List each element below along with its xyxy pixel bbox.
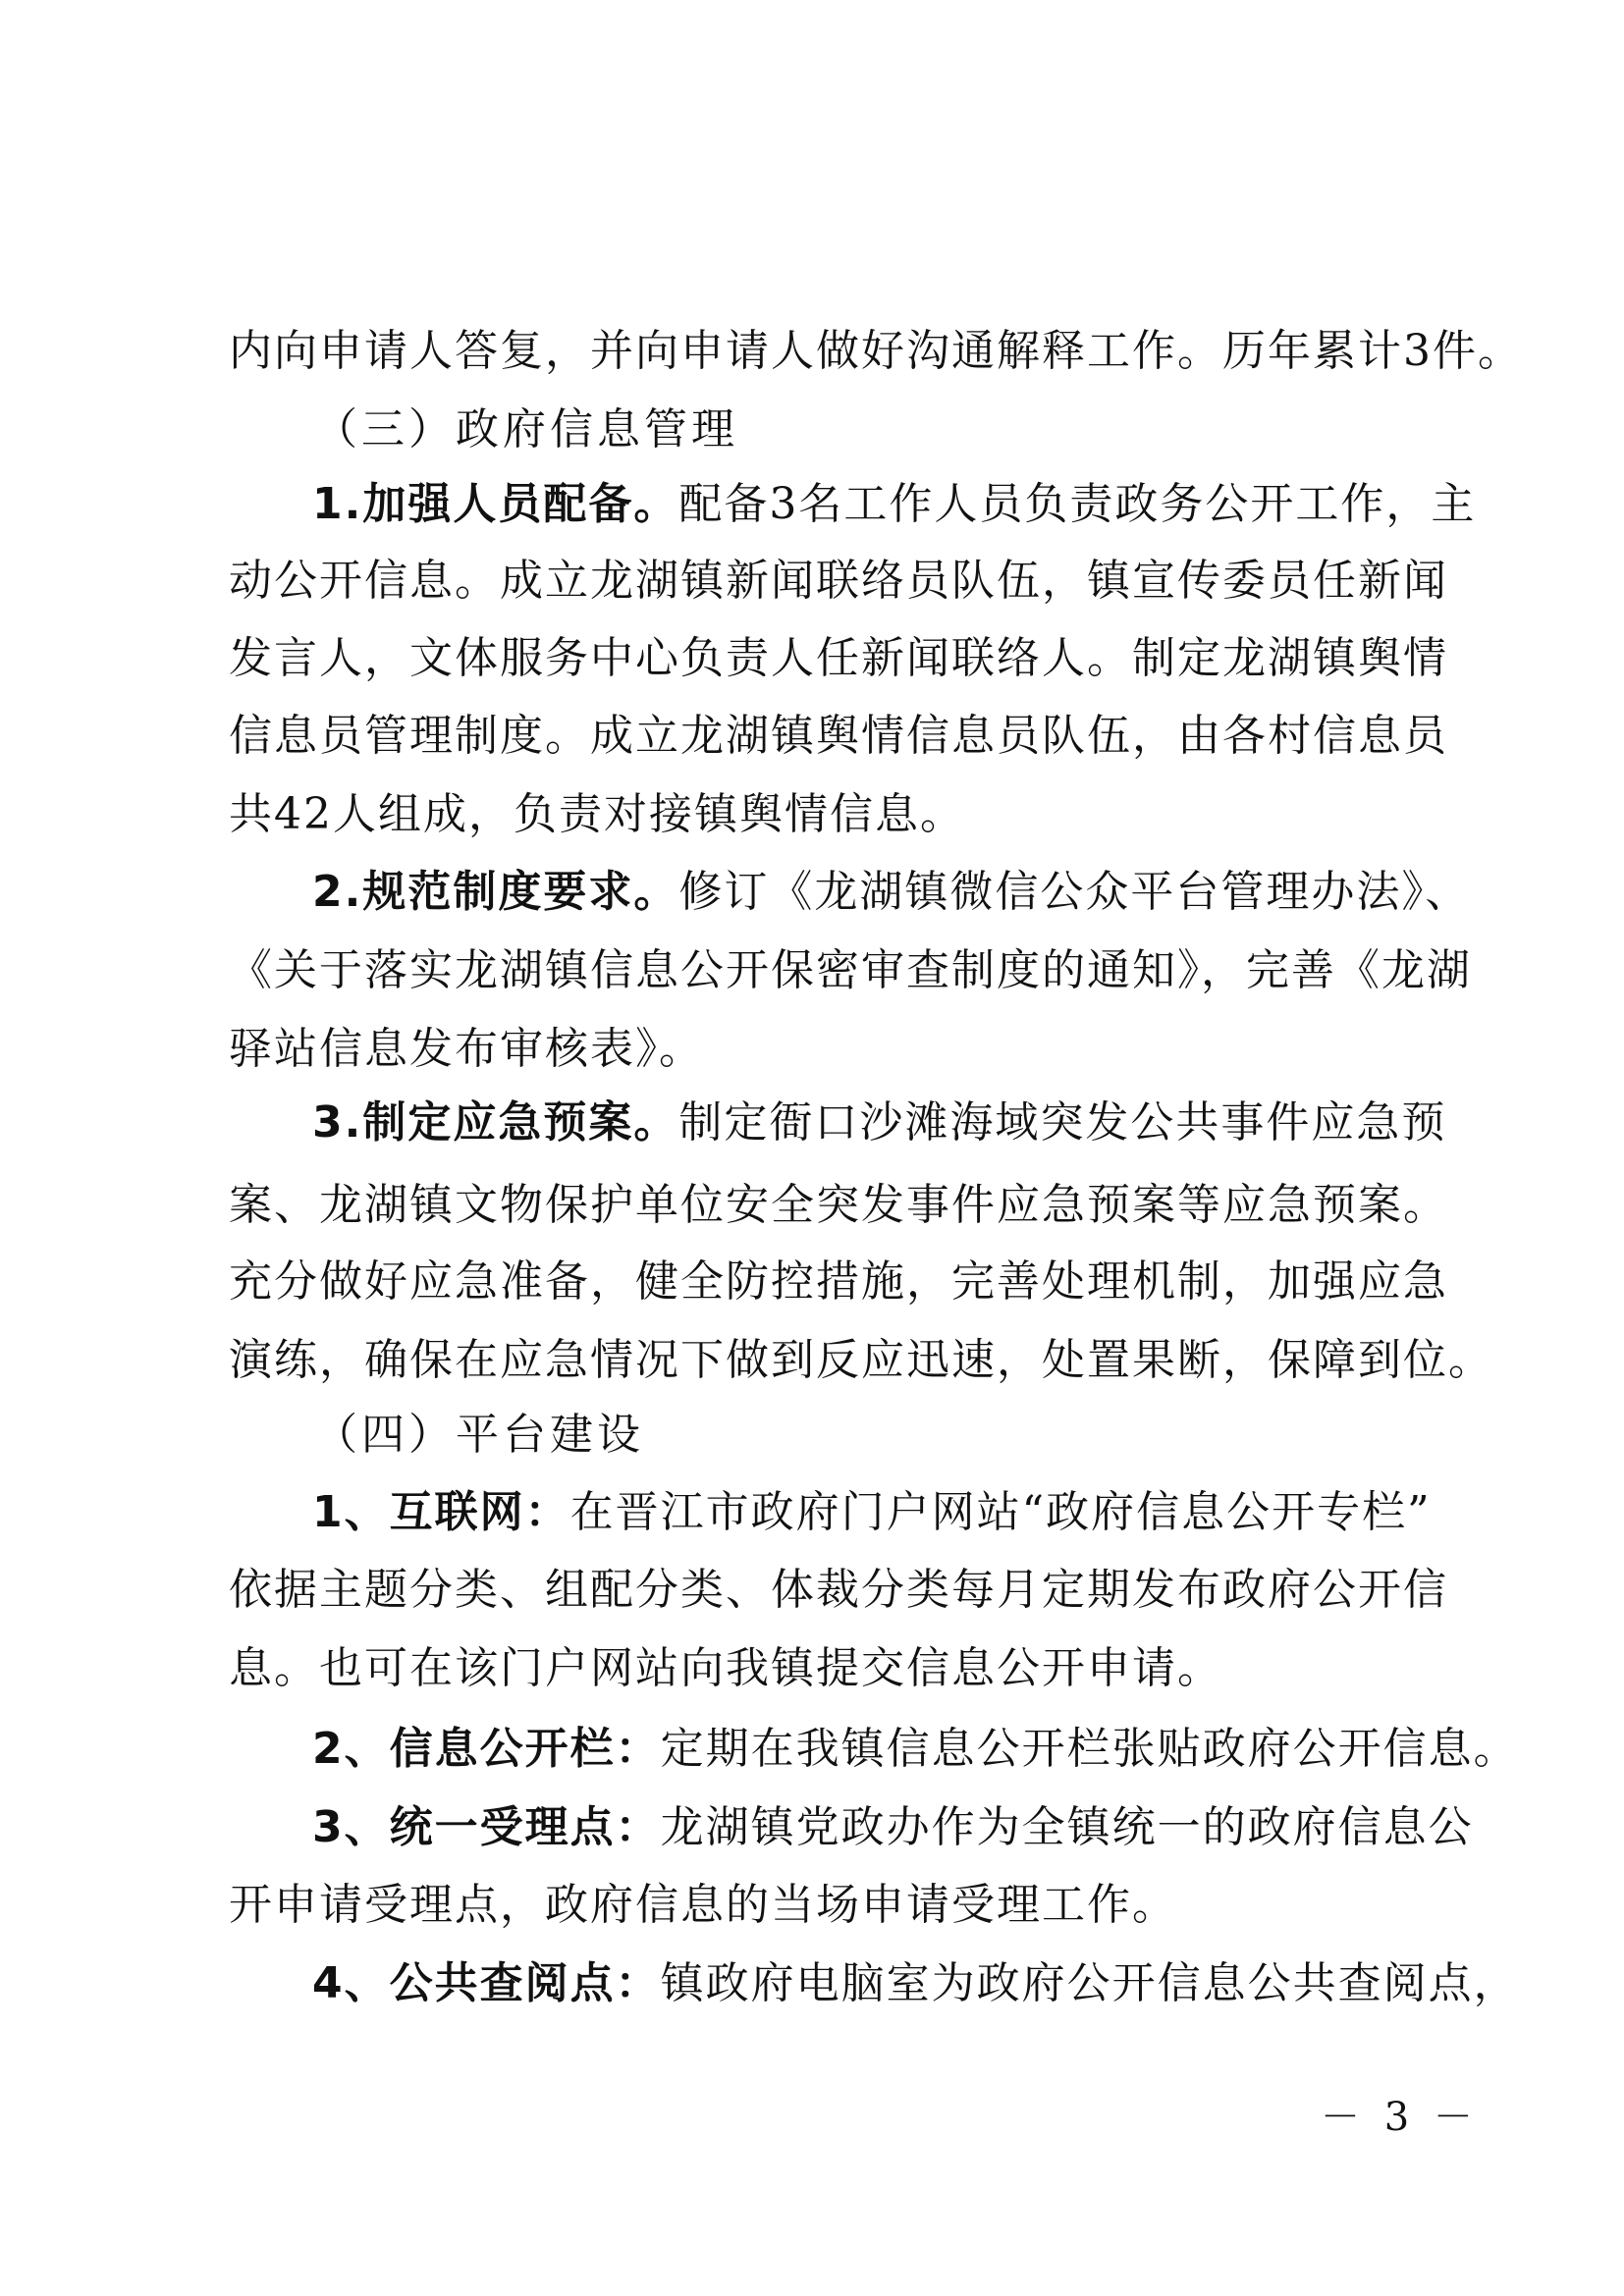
section-heading-3: （三）政府信息管理 — [314, 400, 1507, 459]
line-text: 《关于落实龙湖镇信息公开保密审查制度的通知》，完善《龙湖 — [229, 945, 1472, 995]
paragraph-line: 4、公共查阅点：镇政府电脑室为政府公开信息公共查阅点， — [312, 1954, 1422, 2013]
paragraph-line: 息。也可在该门户网站向我镇提交信息公开申请。 — [229, 1639, 1422, 1698]
heading-text: （四）平台建设 — [314, 1410, 644, 1460]
line-text: 定期在我镇信息公开栏张贴政府公开信息。 — [661, 1724, 1519, 1774]
paragraph-line: 内向申请人答复，并向申请人做好沟通解释工作。历年累计3件。 — [229, 322, 1422, 381]
item-title: 2、信息公开栏： — [312, 1724, 661, 1774]
line-text: 驿站信息发布审核表》。 — [229, 1024, 704, 1074]
paragraph-line: 依据主题分类、组配分类、体裁分类每月定期发布政府公开信 — [229, 1561, 1422, 1620]
paragraph-line: 动公开信息。成立龙湖镇新闻联络员队伍，镇宣传委员任新闻 — [229, 552, 1422, 611]
item-title: 1.加强人员配备。 — [312, 479, 678, 529]
line-text: 镇政府电脑室为政府公开信息公共查阅点， — [661, 1958, 1519, 2008]
line-text: 发言人，文体服务中心负责人任新闻联络人。制定龙湖镇舆情 — [229, 633, 1448, 683]
line-text: 息。也可在该门户网站向我镇提交信息公开申请。 — [229, 1643, 1222, 1693]
line-text: 动公开信息。成立龙湖镇新闻联络员队伍，镇宣传委员任新闻 — [229, 556, 1448, 606]
line-text: 配备3名工作人员负责政务公开工作，主 — [678, 479, 1476, 529]
paragraph-line: 驿站信息发布审核表》。 — [229, 1020, 1422, 1079]
line-text: 龙湖镇党政办作为全镇统一的政府信息公 — [661, 1802, 1474, 1852]
paragraph-line: 3.制定应急预案。制定衙口沙滩海域突发公共事件应急预 — [312, 1094, 1422, 1152]
line-text: 案、龙湖镇文物保护单位安全突发事件应急预案等应急预案。 — [229, 1180, 1448, 1230]
paragraph-line: 演练，确保在应急情况下做到反应迅速，处置果断，保障到位。 — [229, 1331, 1422, 1390]
line-text: 依据主题分类、组配分类、体裁分类每月定期发布政府公开信 — [229, 1565, 1448, 1615]
line-text: 修订《龙湖镇微信公众平台管理办法》、 — [678, 867, 1470, 917]
page-number: － 3 － — [1321, 2093, 1479, 2142]
item-title: 3.制定应急预案。 — [312, 1097, 678, 1148]
line-text: 开申请受理点，政府信息的当场申请受理工作。 — [229, 1880, 1177, 1930]
paragraph-line: 3、统一受理点：龙湖镇党政办作为全镇统一的政府信息公 — [312, 1798, 1422, 1857]
paragraph-line: 信息员管理制度。成立龙湖镇舆情信息员队伍，由各村信息员 — [229, 707, 1422, 766]
heading-text: （三）政府信息管理 — [314, 404, 738, 454]
line-text: 充分做好应急准备，健全防控措施，完善处理机制，加强应急 — [229, 1256, 1448, 1307]
paragraph-line: 2、信息公开栏：定期在我镇信息公开栏张贴政府公开信息。 — [312, 1720, 1422, 1779]
line-text: 内向申请人答复，并向申请人做好沟通解释工作。历年累计3件。 — [229, 326, 1523, 376]
paragraph-line: 发言人，文体服务中心负责人任新闻联络人。制定龙湖镇舆情 — [229, 629, 1422, 688]
paragraph-line: 1.加强人员配备。配备3名工作人员负责政务公开工作，主 — [312, 475, 1422, 534]
item-title: 2.规范制度要求。 — [312, 867, 678, 917]
paragraph-line: 2.规范制度要求。修订《龙湖镇微信公众平台管理办法》、 — [312, 863, 1422, 922]
document-page: 内向申请人答复，并向申请人做好沟通解释工作。历年累计3件。 （三）政府信息管理 … — [0, 0, 1624, 2296]
paragraph-line: 1、互联网：在晋江市政府门户网站“政府信息公开专栏” — [312, 1483, 1422, 1542]
item-title: 1、互联网： — [312, 1487, 570, 1537]
paragraph-line: 案、龙湖镇文物保护单位安全突发事件应急预案等应急预案。 — [229, 1176, 1422, 1235]
line-text: 共42人组成，负责对接镇舆情信息。 — [229, 789, 965, 839]
line-text: 信息员管理制度。成立龙湖镇舆情信息员队伍，由各村信息员 — [229, 711, 1448, 761]
paragraph-line: 充分做好应急准备，健全防控措施，完善处理机制，加强应急 — [229, 1253, 1422, 1311]
section-heading-4: （四）平台建设 — [314, 1406, 1507, 1465]
item-title: 3、统一受理点： — [312, 1802, 661, 1852]
line-text: 在晋江市政府门户网站“政府信息公开专栏” — [570, 1487, 1432, 1537]
line-text: 制定衙口沙滩海域突发公共事件应急预 — [678, 1097, 1446, 1148]
paragraph-line: 开申请受理点，政府信息的当场申请受理工作。 — [229, 1876, 1422, 1935]
paragraph-line: 《关于落实龙湖镇信息公开保密审查制度的通知》，完善《龙湖 — [229, 941, 1422, 1000]
line-text: 演练，确保在应急情况下做到反应迅速，处置果断，保障到位。 — [229, 1335, 1493, 1385]
item-title: 4、公共查阅点： — [312, 1958, 661, 2008]
paragraph-line: 共42人组成，负责对接镇舆情信息。 — [229, 785, 1422, 844]
